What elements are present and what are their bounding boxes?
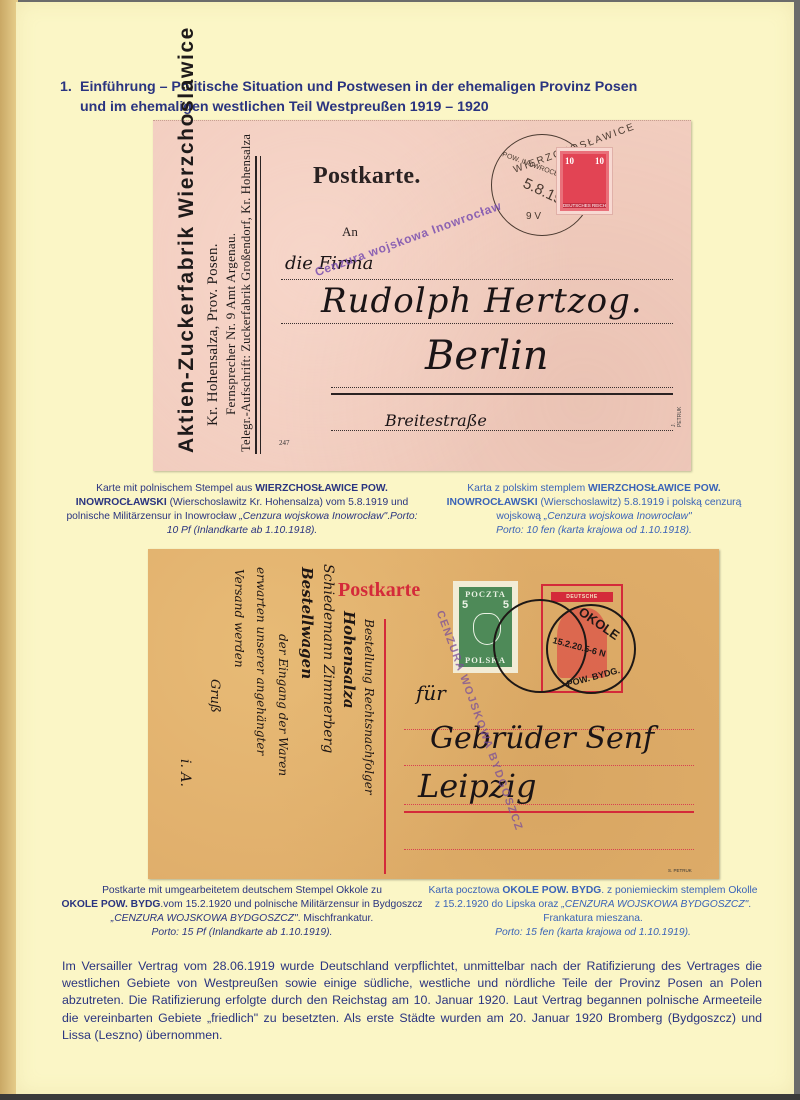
message-address-divider xyxy=(384,619,386,874)
message-line: Versand werden xyxy=(232,569,246,668)
divider-rule xyxy=(255,156,257,454)
handwritten-recipient-name: Gebrüder Senf xyxy=(430,721,654,756)
address-line xyxy=(404,849,694,850)
postcard-heading: Postkarte xyxy=(338,579,420,602)
message-line: Gruß xyxy=(207,679,222,713)
divider-rule-thin xyxy=(260,156,261,454)
handwritten-recipient-name: Rudolph Hertzog. xyxy=(321,281,643,321)
stamp-germania-10: 10 10 DEUTSCHES REICH xyxy=(557,148,612,214)
handwritten-recipient-prefix: für xyxy=(416,681,446,705)
message-line: Hohensalza xyxy=(340,611,358,709)
caption-polish-card2: Karta pocztowa OKOLE POW. BYDG. z poniem… xyxy=(428,884,758,940)
title-line-2: und im ehemaligen westlichen Teil Westpr… xyxy=(80,97,489,117)
caption-polish-card1: Karta z polskim stemplem WIERZCHOSŁAWICE… xyxy=(428,482,760,538)
message-line: Bestellwagen xyxy=(298,567,316,679)
handwritten-city: Berlin xyxy=(425,333,549,379)
section-number: 1. xyxy=(60,77,72,97)
address-line xyxy=(404,765,694,766)
printer-mark: S. PETRUK xyxy=(668,868,692,873)
address-line xyxy=(281,323,673,324)
sender-company: Aktien-Zuckerfabrik Wierzchoslawice xyxy=(175,26,199,453)
city-underline xyxy=(331,393,673,395)
message-line: i. A. xyxy=(177,759,193,787)
sender-telegram: Telegr.-Aufschrift: Zuckerfabrik Großend… xyxy=(239,134,254,452)
sender-location: Kr. Hohensalza, Prov. Posen. xyxy=(205,243,222,426)
message-line: Bestellung Rechtsnachfolger xyxy=(362,619,376,795)
message-line: Schiedemann Zimmerberg xyxy=(320,564,336,753)
message-line: der Eingang der Waren xyxy=(276,634,290,776)
postcard-okole: Postkarte Bestellung Rechtsnachfolger Ho… xyxy=(148,549,719,879)
address-line xyxy=(281,279,673,280)
postmark-okole-2: OKOLE 15.2.20.5-6 N POW. BYDG. xyxy=(546,604,636,694)
printer-mark: J. PETRUK xyxy=(671,407,683,427)
address-line xyxy=(331,387,673,388)
caption-german-card2: Postkarte mit umgearbeitetem deutschem S… xyxy=(52,884,432,940)
postcard-heading: Postkarte. xyxy=(313,163,421,190)
title-line-1: Einführung – Politische Situation und Po… xyxy=(80,77,637,97)
caption-german-card1: Karte mit polnischem Stempel aus WIERZCH… xyxy=(62,482,422,538)
to-label: An xyxy=(342,224,358,240)
message-line: erwarten unserer angehängter xyxy=(254,567,268,755)
historical-summary: Im Versailler Vertrag vom 28.06.1919 wur… xyxy=(62,958,762,1044)
handwritten-street: Breitestraße xyxy=(385,411,487,430)
page-bottom-edge xyxy=(0,1094,800,1100)
sender-imprint: Aktien-Zuckerfabrik Wierzchoslawice Kr. … xyxy=(153,121,273,471)
sender-phone: Fernsprecher Nr. 9 Amt Argenau. xyxy=(223,233,239,415)
handwritten-city: Leipzig xyxy=(418,767,536,805)
city-underline xyxy=(404,811,694,813)
form-number: 247 xyxy=(279,439,290,447)
address-line xyxy=(331,430,673,431)
postcard-wierzchoslawice: Aktien-Zuckerfabrik Wierzchoslawice Kr. … xyxy=(153,120,691,471)
